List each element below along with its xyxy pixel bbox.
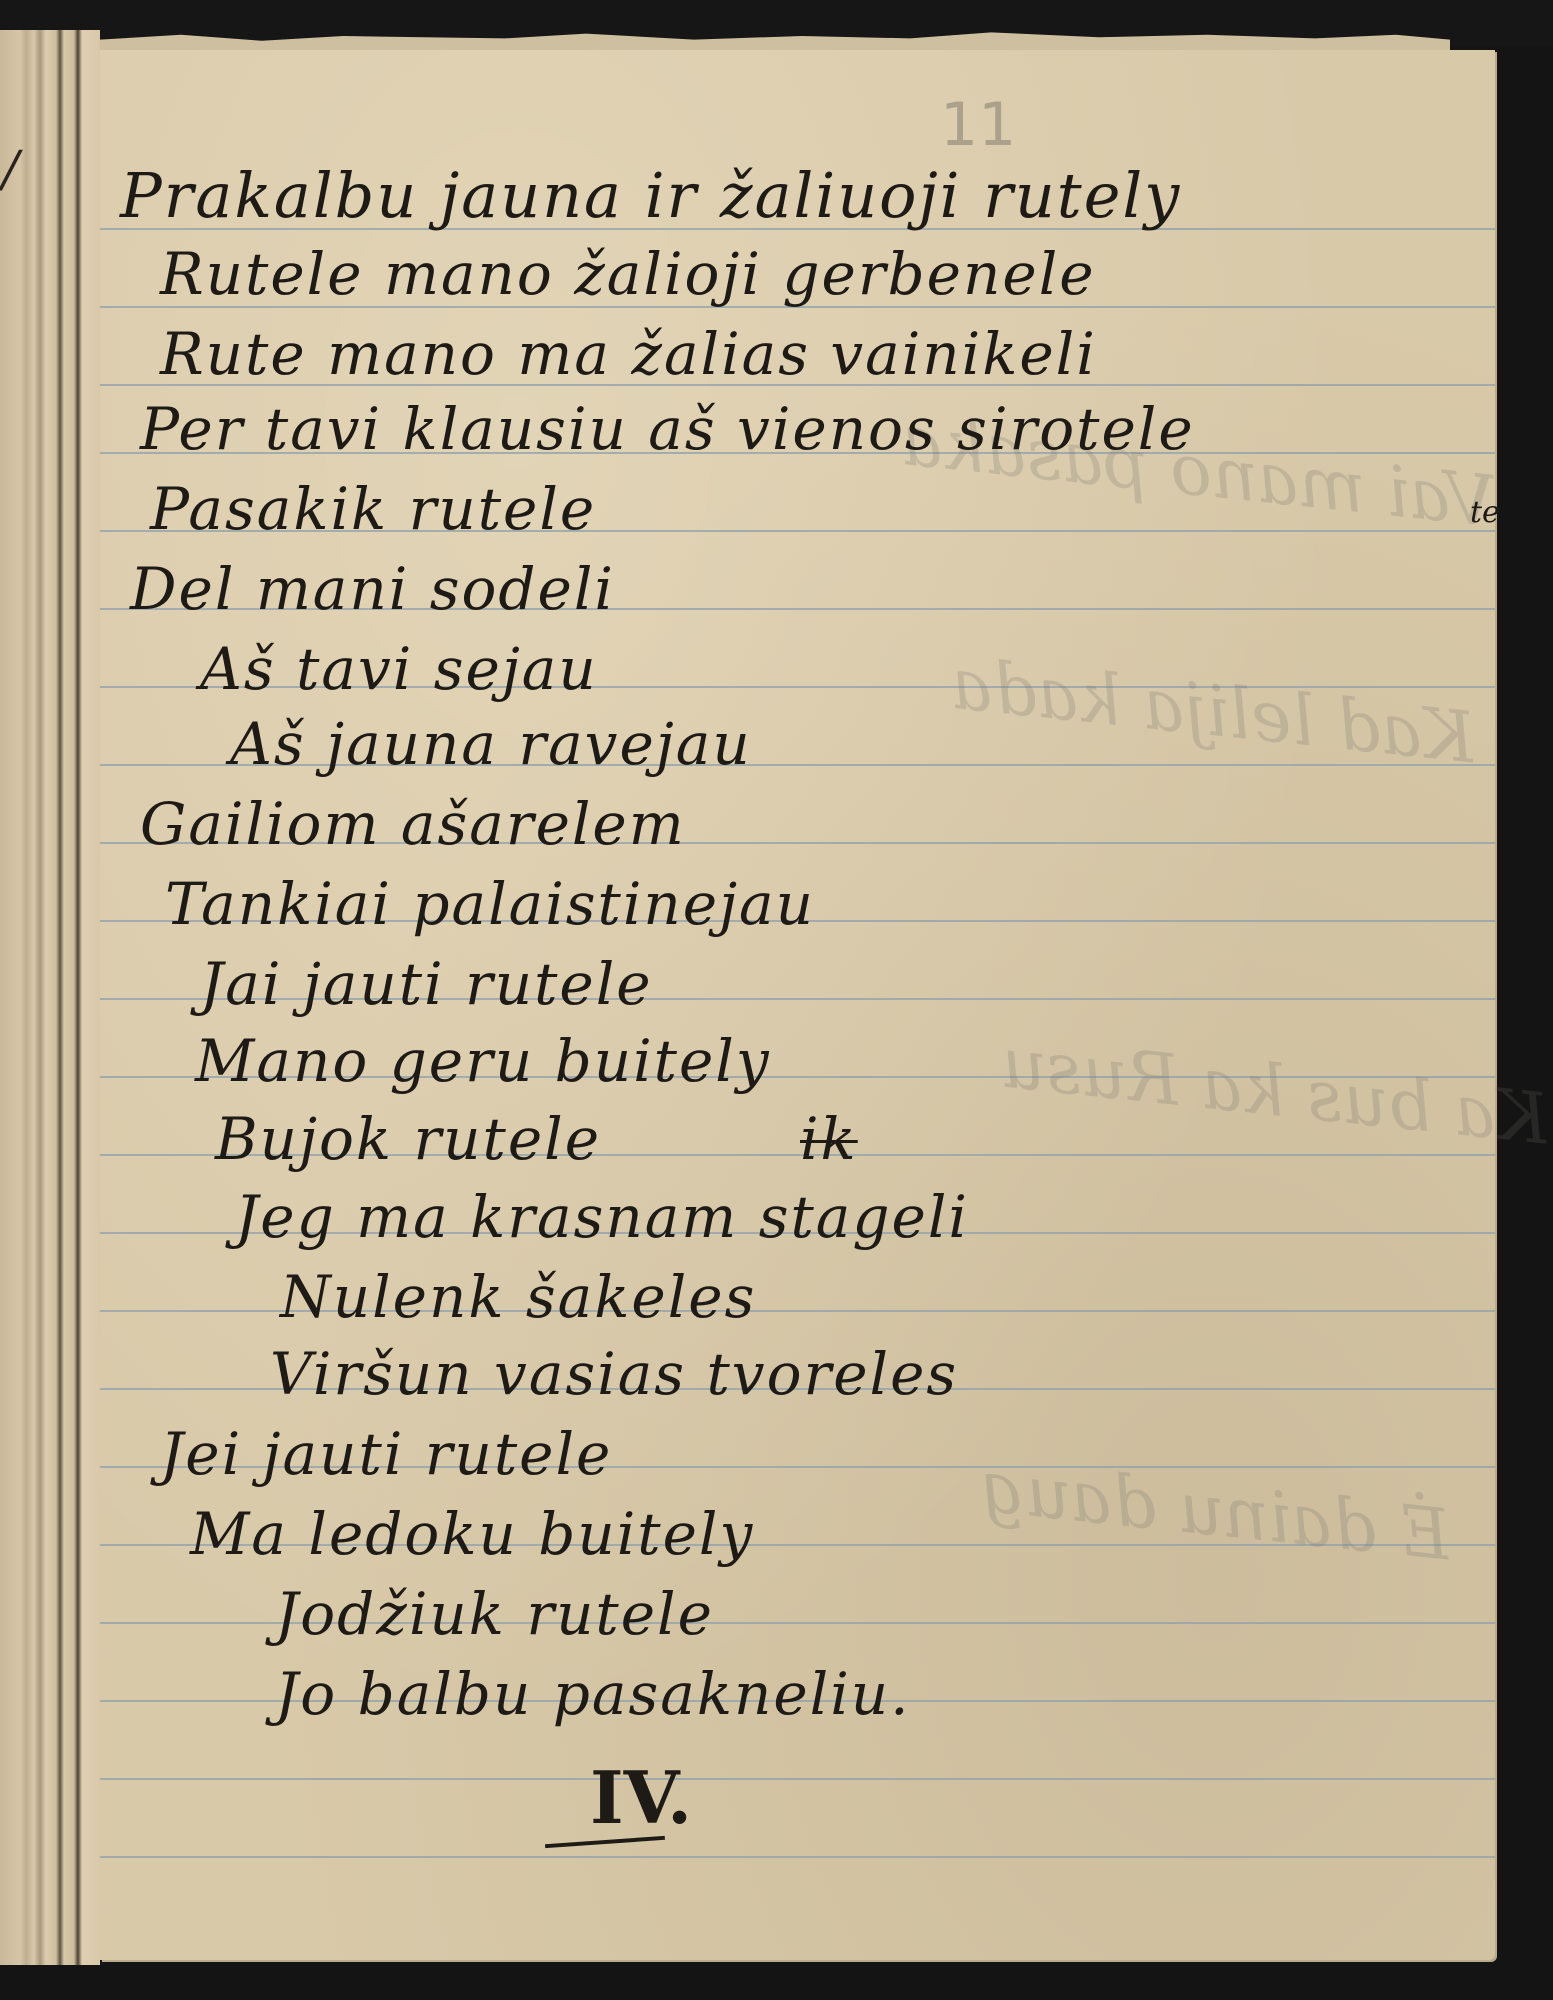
manuscript-line-19: Jodžiuk rutele (275, 1585, 714, 1643)
manuscript-line-7: Aš tavi sejau (200, 640, 598, 698)
manuscript-line-15: Nulenk šakeles (280, 1268, 756, 1326)
line-4-continuation: te (1470, 495, 1500, 530)
manuscript-line-14: Jeg ma krasnam stageli (235, 1188, 969, 1246)
manuscript-line-8: Aš jauna ravejau (230, 715, 752, 773)
ruled-line (100, 1856, 1495, 1858)
manuscript-line-6: Del mani sodeli (130, 560, 615, 618)
pencil-page-number: 11 (940, 90, 1016, 160)
manuscript-line-18: Ma ledoku buitely (190, 1505, 754, 1563)
bleed-through-text: Ka bus ka Rusu (997, 1022, 1552, 1161)
notebook-gutter-page-edges (0, 30, 100, 1965)
manuscript-line-3: Rute mano ma žalias vainikeli (160, 325, 1097, 383)
manuscript-line-9: Gailiom ašarelem (140, 795, 686, 853)
manuscript-line-2: Rutele mano žalioji gerbenele (160, 245, 1096, 303)
manuscript-line-5: Pasakik rutele (150, 480, 596, 538)
manuscript-line-10: Tankiai palaistinejau (165, 875, 815, 933)
manuscript-line-11: Jai jauti rutele (200, 955, 653, 1013)
left-margin-fragment: / (2, 140, 19, 198)
struck-out-word: ik (800, 1110, 858, 1168)
manuscript-line-13: Bujok rutele (215, 1110, 601, 1168)
ruled-line (100, 1778, 1495, 1780)
manuscript-scan: Vai mano pasaka Kad lelija kada Ka bus k… (0, 0, 1553, 2000)
manuscript-line-1: Prakalbu jauna ir žaliuoji rutely (120, 165, 1181, 227)
manuscript-line-16: Viršun vasias tvoreles (270, 1345, 958, 1403)
section-numeral: IV. (590, 1755, 692, 1840)
manuscript-line-17: Jei jauti rutele (160, 1425, 612, 1483)
manuscript-line-12: Mano geru buitely (195, 1032, 771, 1090)
bleed-through-text: Kad lelija kada (947, 643, 1479, 780)
manuscript-line-4: Per tavi klausiu aš vienos sirotele (140, 400, 1195, 458)
manuscript-line-20: Jo balbu pasakneliu. (275, 1665, 911, 1723)
